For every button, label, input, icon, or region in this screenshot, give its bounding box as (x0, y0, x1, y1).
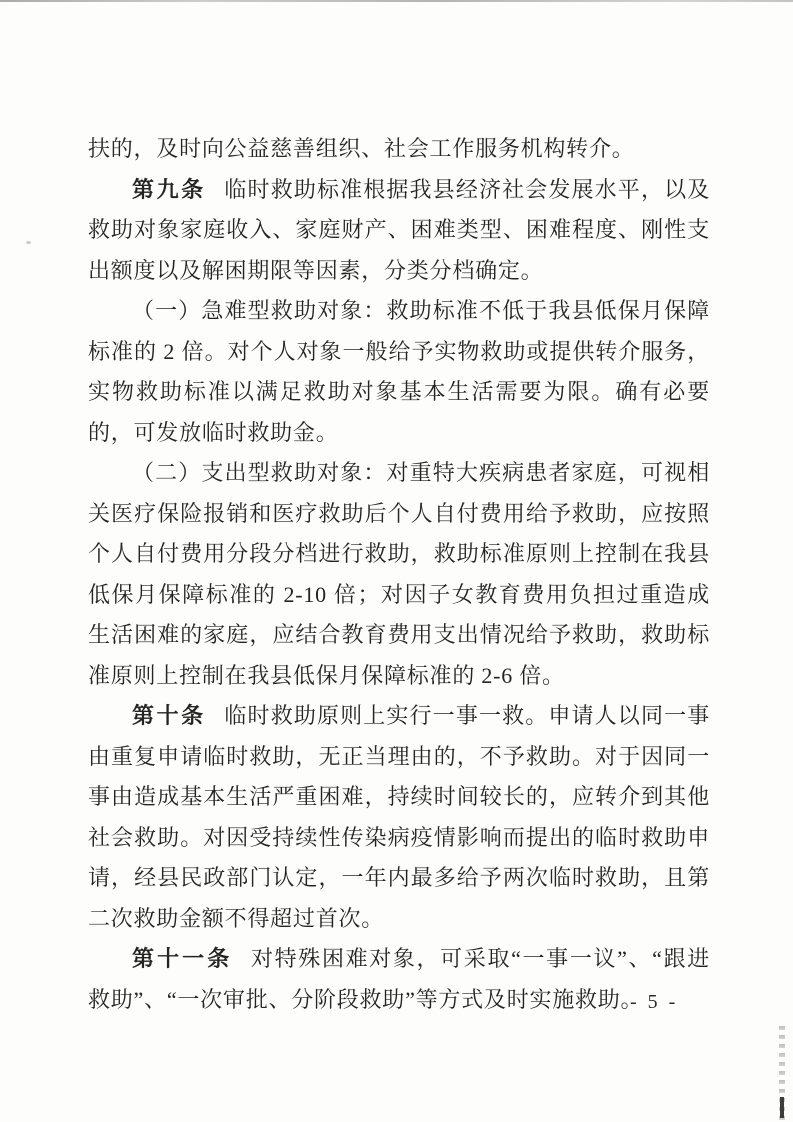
paragraph-article-9: 第九条临时救助标准根据我县经济社会发展水平，以及救助对象家庭收入、家庭财产、困难… (88, 170, 710, 292)
page-number: - 5 - (630, 991, 700, 1014)
article-9-number: 第九条 (132, 177, 206, 202)
paragraph-clause-2: （二）支出型救助对象：对重特大疾病患者家庭，可视相关医疗保险报销和医疗救助后个人… (88, 453, 710, 696)
paragraph-text: （一）急难型救助对象：救助标准不低于我县低保月保障标准的 2 倍。对个人对象一般… (88, 298, 710, 445)
paragraph-clause-1: （一）急难型救助对象：救助标准不低于我县低保月保障标准的 2 倍。对个人对象一般… (88, 291, 710, 453)
document-body: 扶的，及时向公益慈善组织、社会工作服务机构转介。 第九条临时救助标准根据我县经济… (88, 129, 710, 1020)
scan-artifact-top-edge-line (0, 0, 793, 2)
scanned-document-page: 扶的，及时向公益慈善组织、社会工作服务机构转介。 第九条临时救助标准根据我县经济… (0, 0, 793, 1122)
paragraph-continuation: 扶的，及时向公益慈善组织、社会工作服务机构转介。 (88, 129, 710, 170)
scan-artifact-right-edge-bar (780, 1097, 784, 1118)
article-10-number: 第十条 (132, 703, 206, 728)
paragraph-text: 扶的，及时向公益慈善组织、社会工作服务机构转介。 (88, 136, 634, 161)
scan-artifact-left-speck (26, 241, 31, 244)
article-11-number: 第十一条 (132, 946, 232, 971)
paragraph-article-10: 第十条临时救助原则上实行一事一救。申请人以同一事由重复申请临时救助，无正当理由的… (88, 696, 710, 939)
paragraph-text: 临时救助原则上实行一事一救。申请人以同一事由重复申请临时救助，无正当理由的，不予… (88, 703, 710, 931)
paragraph-text: （二）支出型救助对象：对重特大疾病患者家庭，可视相关医疗保险报销和医疗救助后个人… (88, 460, 710, 688)
paragraph-article-11: 第十一条对特殊困难对象，可采取“一事一议”、“跟进救助”、“一次审批、分阶段救助… (88, 939, 710, 1020)
